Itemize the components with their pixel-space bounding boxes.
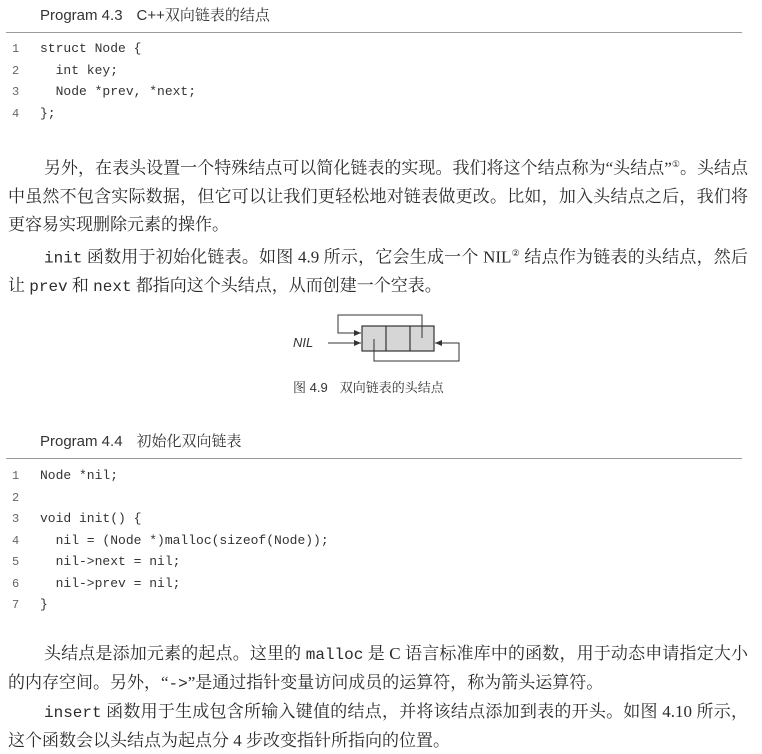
body-text-lower: 头结点是添加元素的起点。这里的 malloc 是 C 语言标准库中的函数，用于动… [8,640,748,754]
line-number: 4 [0,531,40,553]
code-text: Node *nil; [40,468,118,483]
code-line: 2 [0,487,329,509]
program-4-4-rule [6,458,742,459]
code-text: nil->prev = nil; [40,576,180,591]
figure-number: 图 4.9 [293,380,328,395]
head-node [362,326,434,351]
code-text: nil->next = nil; [40,554,180,569]
line-number: 7 [0,595,40,617]
program-number: Program 4.4 [40,433,123,450]
figure-title: 双向链表的头结点 [340,380,444,395]
line-number: 6 [0,574,40,596]
line-number: 1 [0,466,40,488]
text: ”是通过指针变量访问成员的运算符，称为箭头运算符。 [188,673,604,692]
code-line: 3void init() { [0,508,329,530]
code-line: 7} [0,594,329,616]
inline-code: malloc [306,646,364,664]
code-line: 6 nil->prev = nil; [0,573,329,595]
code-line: 5 nil->next = nil; [0,551,329,573]
code-text: } [40,597,48,612]
inline-code: -> [169,675,188,693]
paragraph-insert: insert 函数用于生成包含所输入键值的结点，并将该结点添加到表的开头。如图 … [8,698,748,754]
code-line: 1Node *nil; [0,465,329,487]
program-4-4-code: 1Node *nil; 2 3void init() { 4 nil = (No… [0,465,329,616]
inline-code: insert [44,704,102,722]
paragraph-malloc: 头结点是添加元素的起点。这里的 malloc 是 C 语言标准库中的函数，用于动… [8,640,748,698]
code-text: void init() { [40,511,141,526]
text: 函数用于生成包含所输入键值的结点，并将该结点添加到表的开头。如图 4.10 所示… [8,702,748,750]
program-title: 初始化双向链表 [137,433,242,450]
figure-4-9-caption: 图 4.9双向链表的头结点 [293,377,444,396]
text: 头结点是添加元素的起点。这里的 [44,644,306,663]
code-text: nil = (Node *)malloc(sizeof(Node)); [40,533,329,548]
line-number: 2 [0,488,40,510]
program-4-4-heading: Program 4.4初始化双向链表 [40,430,242,451]
nil-label: NIL [293,335,313,350]
line-number: 3 [0,509,40,531]
code-line: 4 nil = (Node *)malloc(sizeof(Node)); [0,530,329,552]
line-number: 5 [0,552,40,574]
